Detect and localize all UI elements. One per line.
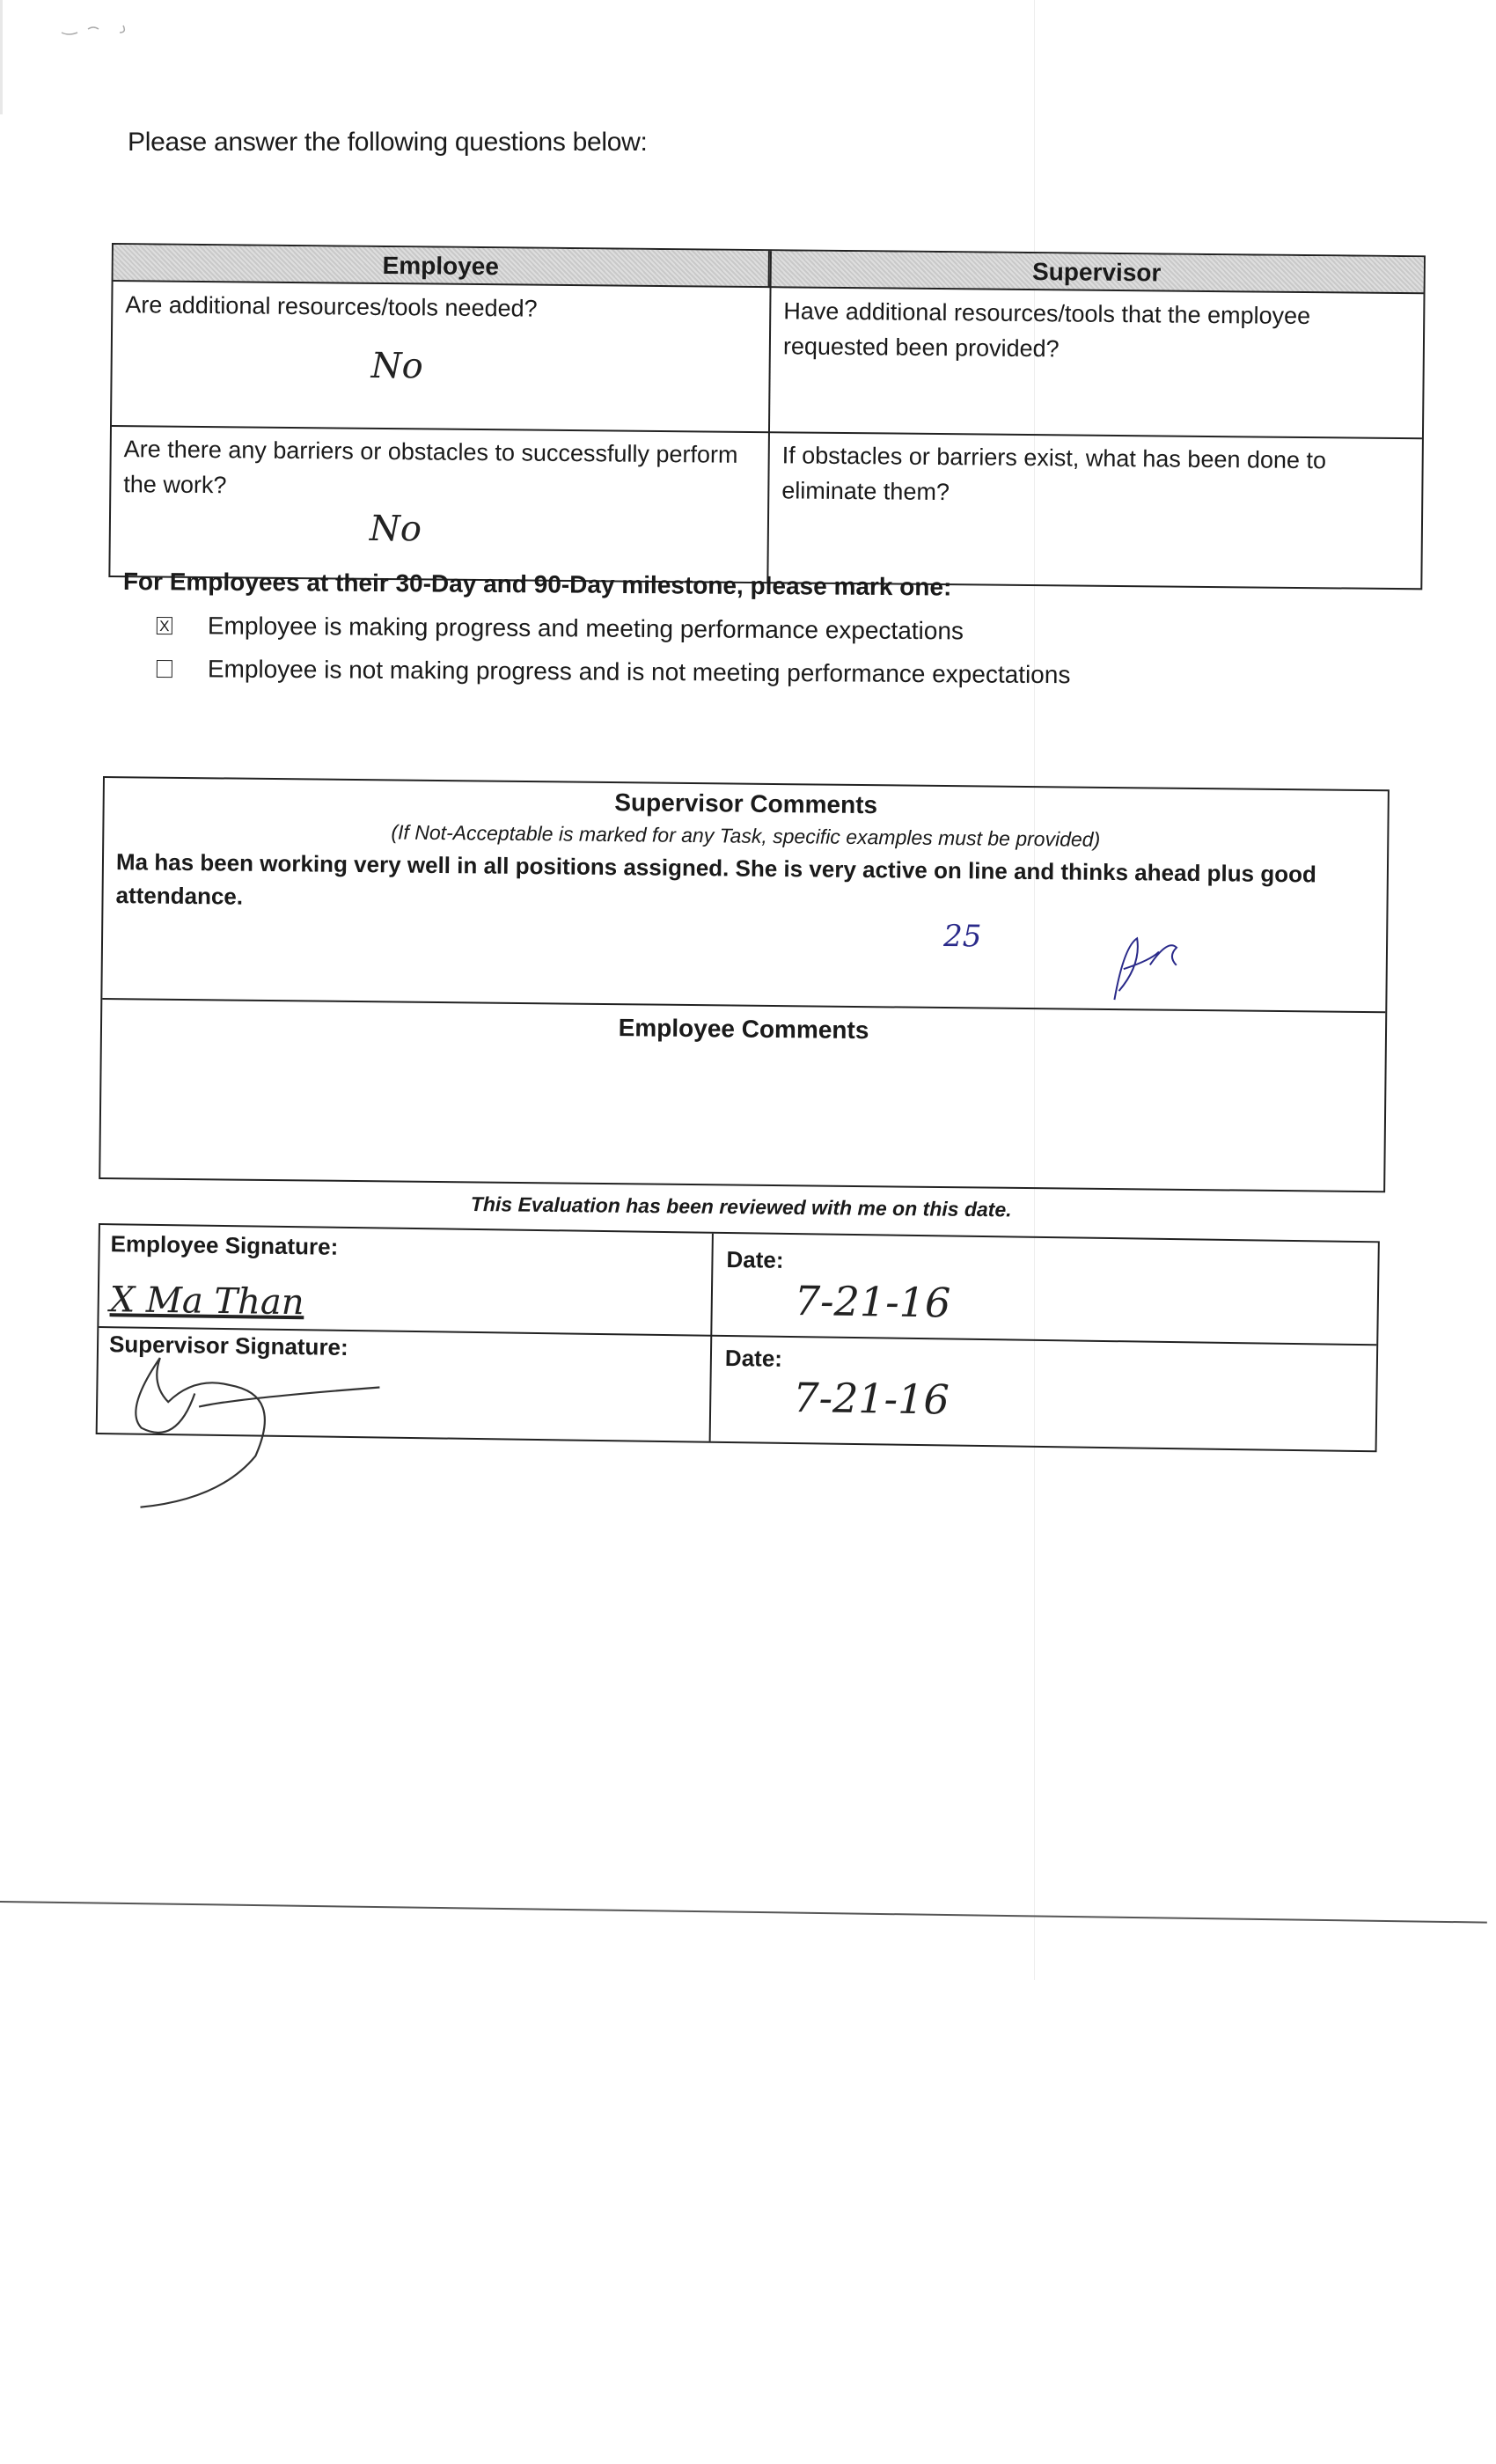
questions-table: Employee Supervisor Are additional resou… [108,243,1426,590]
scan-edge [0,0,3,114]
supervisor-question-2: If obstacles or barriers exist, what has… [769,437,1426,514]
employee-date-label: Date: [726,1246,783,1274]
supervisor-comments-title: Supervisor Comments [105,783,1388,825]
employee-comments-text[interactable] [113,1046,1367,1174]
employee-question-2: Are there any barriers or obstacles to s… [111,431,768,508]
employee-answer-2[interactable]: No [357,511,434,547]
milestone-heading: For Employees at their 30-Day and 90-Day… [123,568,952,602]
stray-pen-marks [53,22,158,48]
employee-answer-1[interactable]: No [358,348,435,385]
signature-table: Employee Signature: X Ma Than Date: 7-21… [96,1223,1380,1452]
supervisor-answer-2[interactable] [768,506,1425,583]
option-label: Employee is not making progress and is n… [208,655,1071,689]
employee-question-1: Are additional resources/tools needed? [113,287,769,328]
employee-comments-title: Employee Comments [102,1008,1385,1050]
employee-signature[interactable]: X Ma Than [109,1280,304,1323]
milestone-option-not-meeting[interactable]: Employee is not making progress and is n… [157,655,1071,689]
supervisor-initials: 25 [943,919,982,954]
option-label: Employee is making progress and meeting … [208,612,964,645]
page-rule [0,1901,1487,1924]
supervisor-comments-text[interactable]: Ma has been working very well in all pos… [115,845,1369,925]
supervisor-date[interactable]: 7-21-16 [793,1374,950,1423]
supervisor-initial-signature [1096,929,1229,1010]
supervisor-column-header: Supervisor [770,251,1424,294]
supervisor-date-label: Date: [725,1345,782,1373]
employee-date[interactable]: 7-21-16 [794,1277,950,1326]
supervisor-signature[interactable] [119,1353,411,1498]
instructions-text: Please answer the following questions be… [128,128,648,158]
signature-column-divider [709,1234,714,1441]
employee-column-header: Employee [114,245,770,288]
checkbox-meeting[interactable]: X [157,617,172,634]
supervisor-answer-1[interactable] [770,356,1426,433]
checkbox-not-meeting[interactable] [157,660,172,678]
comments-box: Supervisor Comments (If Not-Acceptable i… [99,776,1390,1192]
milestone-option-meeting[interactable]: X Employee is making progress and meetin… [157,612,964,645]
employee-signature-label: Employee Signature: [110,1230,338,1261]
evaluation-caption: This Evaluation has been reviewed with m… [471,1192,1012,1221]
